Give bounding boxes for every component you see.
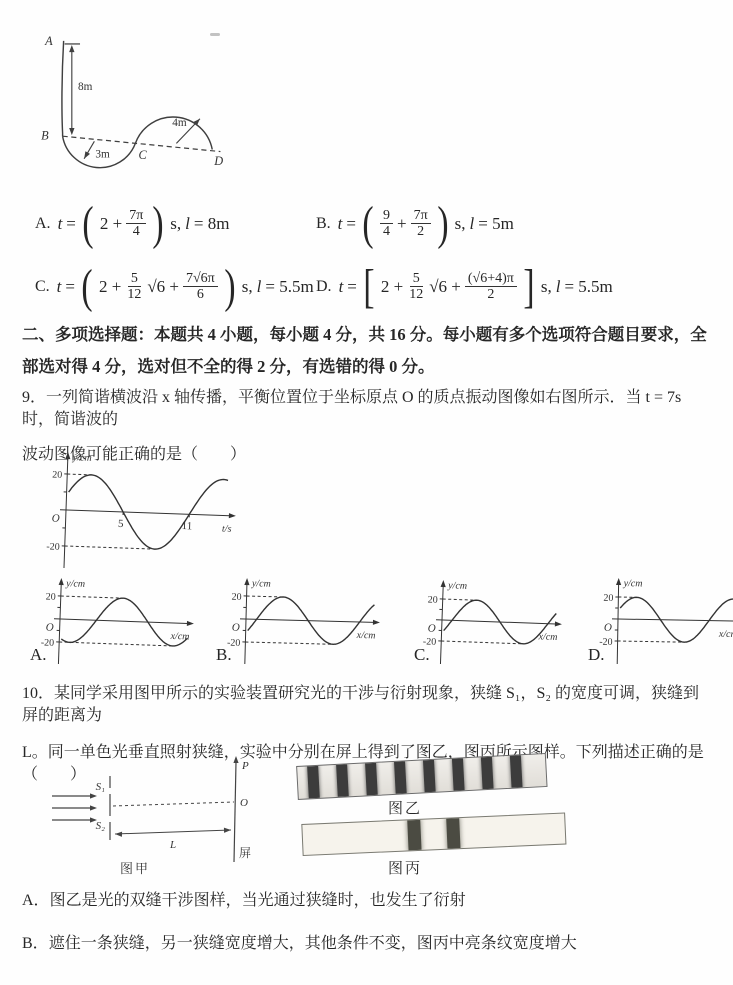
formula: t=(2 +7π4)s,l= 8m — [58, 204, 230, 245]
dark-fringe — [452, 758, 465, 791]
dark-fringe — [407, 820, 421, 851]
option-label: C. — [35, 278, 50, 296]
caption-bing: 图丙 — [388, 857, 422, 878]
label-A: A — [44, 34, 53, 48]
svg-text:y/cm: y/cm — [251, 578, 271, 590]
formula: t=(2 +512√6 +7√6π6)s,l= 5.5m — [57, 267, 314, 308]
diffraction-pattern-bing — [301, 812, 566, 855]
wave-option-c-graph: 20-20Oy/cmx/cm — [410, 576, 570, 668]
svg-text:20: 20 — [231, 592, 241, 603]
svg-text:t/s: t/s — [222, 523, 232, 534]
graph-label-a: A. — [30, 645, 47, 665]
dark-fringe — [481, 757, 494, 790]
option-label: D. — [316, 278, 332, 296]
option-a-formula: A. t=(2 +7π4)s,l= 8m — [35, 193, 229, 255]
caption-jia: 图甲 — [120, 861, 150, 876]
label-8m: 8m — [78, 81, 93, 93]
label-O: O — [240, 797, 248, 809]
svg-text:O: O — [46, 622, 54, 634]
q10-option-b-text: 遮住一条狭缝，另一狭缝宽度增大，其他条件不变，图丙中亮条纹宽度增大 — [49, 935, 577, 952]
svg-text:y/cm: y/cm — [623, 578, 643, 589]
svg-text:x/cm: x/cm — [169, 631, 189, 643]
q9-line1: 9．一列简谐横波沿 x 轴传播，平衡位置位于坐标原点 O 的质点振动图像如右图所… — [22, 387, 714, 430]
svg-text:x/cm: x/cm — [537, 631, 557, 643]
dark-fringe — [423, 760, 436, 793]
dark-fringe — [307, 766, 320, 799]
label-P: P — [241, 760, 249, 772]
svg-text:y/cm: y/cm — [447, 580, 467, 592]
svg-text:20: 20 — [427, 594, 437, 605]
vibration-graph: 20-20Oy/cmt/s511 — [26, 446, 244, 574]
q10-option-a-text: 图乙是光的双缝干涉图样，当光通过狭缝时，也发生了衍射 — [50, 892, 466, 909]
option-b-formula: B. t=(94+7π2)s,l= 5m — [316, 193, 514, 255]
svg-text:O: O — [232, 622, 240, 634]
label-slit-s1: S₁ — [96, 781, 106, 793]
svg-text:11: 11 — [181, 520, 192, 532]
section-header: 二、多项选择题：本题共 4 小题，每小题 4 分，共 16 分。每小题有多个选项… — [22, 324, 714, 379]
q10-option-a-label: A． — [22, 892, 50, 909]
svg-text:O: O — [604, 622, 612, 634]
svg-text:x/cm: x/cm — [356, 630, 376, 642]
svg-text:-20: -20 — [46, 541, 60, 552]
dark-fringe — [365, 763, 378, 796]
option-label: A. — [35, 215, 51, 233]
wave-option-b-graph: 20-20Oy/cmx/cm — [212, 574, 387, 669]
label-L: L — [169, 839, 176, 851]
wave-option-d-graph: 20-20Oy/cmx/cm — [584, 574, 733, 669]
q10-line1: 10．某同学采用图甲所示的实验装置研究光的干涉与衍射现象，狭缝 S₁，S₂ 的宽… — [22, 683, 714, 726]
svg-text:20: 20 — [603, 593, 613, 604]
label-slit-s2: S₂ — [96, 820, 106, 832]
svg-text:O: O — [428, 623, 436, 635]
label-C: C — [138, 148, 147, 162]
caption-yi: 图乙 — [388, 797, 422, 818]
exam-page: A B C D 8m 3m 4m A. t=(2 +7π4)s,l= 8m B.… — [0, 0, 733, 985]
option-c-formula: C. t=(2 +512√6 +7√6π6)s,l= 5.5m — [35, 256, 314, 318]
svg-text:x/cm: x/cm — [718, 629, 733, 640]
label-B: B — [41, 128, 49, 142]
wave-option-a-graph: 20-20Oy/cmx/cm — [26, 574, 201, 669]
option-label: B. — [316, 215, 331, 233]
label-4m: 4m — [172, 117, 187, 129]
graph-label-c: C. — [414, 645, 430, 665]
graph-label-d: D. — [588, 645, 605, 665]
section-line2: 部选对得 4 分，选对但不全的得 2 分，有选错的得 0 分。 — [22, 356, 714, 378]
formula: t=(94+7π2)s,l= 5m — [338, 204, 514, 245]
svg-text:5: 5 — [118, 518, 124, 530]
formula: t=[2 +512√6 +(√6+4)π2]s,l= 5.5m — [339, 267, 613, 308]
q10-option-b-label: B． — [22, 935, 49, 952]
label-3m: 3m — [95, 149, 110, 161]
svg-text:20: 20 — [52, 470, 62, 481]
q10-option-b: B．遮住一条狭缝，另一狭缝宽度增大，其他条件不变，图丙中亮条纹宽度增大 — [22, 933, 714, 955]
svg-text:20: 20 — [46, 591, 56, 602]
dark-fringe — [336, 764, 349, 797]
svg-text:y/cm: y/cm — [72, 452, 92, 464]
q10-option-a: A．图乙是光的双缝干涉图样，当光通过狭缝时，也发生了衍射 — [22, 890, 714, 912]
label-screen: 屏 — [239, 846, 251, 860]
dark-fringe — [510, 755, 523, 788]
option-d-formula: D. t=[2 +512√6 +(√6+4)π2]s,l= 5.5m — [316, 256, 613, 318]
dark-fringe — [446, 818, 460, 849]
dark-fringe — [394, 761, 407, 794]
svg-text:O: O — [52, 513, 60, 525]
track-diagram: A B C D 8m 3m 4m — [38, 30, 243, 185]
label-D: D — [213, 154, 223, 168]
section-line1: 二、多项选择题：本题共 4 小题，每小题 4 分，共 16 分。每小题有多个选项… — [22, 324, 714, 346]
svg-text:y/cm: y/cm — [65, 578, 85, 590]
graph-label-b: B. — [216, 645, 232, 665]
double-slit-apparatus-diagram: S₁ S₂ P O L 屏 图甲 — [35, 752, 270, 877]
